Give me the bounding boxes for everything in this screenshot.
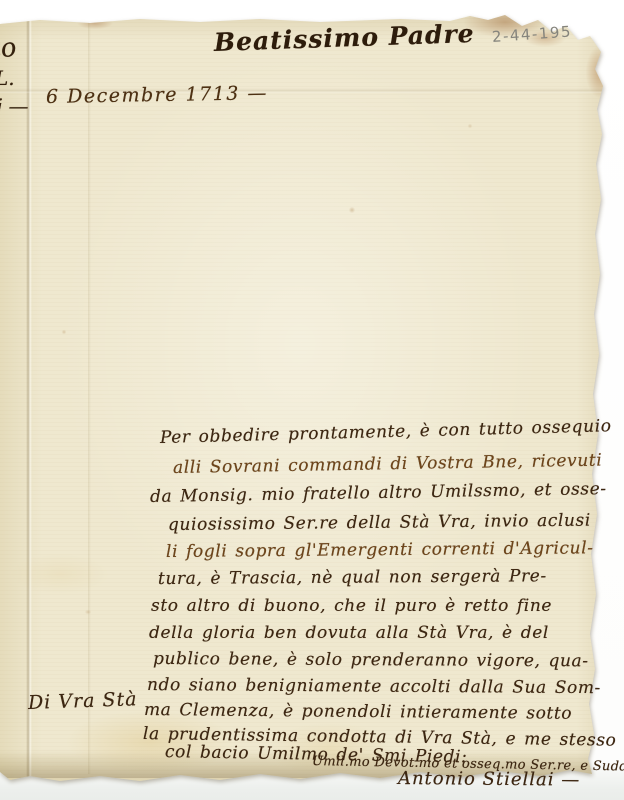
body-line: publico bene, è solo prenderanno vigore,… [153, 649, 589, 671]
manuscript-scan: ℓo L. j — 2-44-195 Beatissimo Padre 6 De… [0, 0, 624, 800]
letter-date: 6 Decembre 1713 — [46, 82, 268, 108]
fold-crease-vertical [26, 18, 32, 778]
body-line: sto altro di buono, che il puro è retto … [151, 596, 552, 616]
body-line: ma Clemenza, è ponendoli intieramente so… [144, 700, 572, 724]
body-line: tura, è Trascia, nè qual non sergerà Pre… [158, 566, 547, 589]
signature: Antonio Stiellai — [398, 768, 580, 791]
body-line: ndo siano benigniamente accolti dalla Su… [147, 675, 601, 698]
address-left: Di Vra Stà [28, 688, 138, 714]
body-line: della gloria ben dovuta alla Stà Vra, è … [149, 623, 549, 643]
edge-ink-fragment: L. [0, 66, 15, 90]
fold-crease-vertical-faint [88, 22, 91, 774]
edge-ink-fragment: j — [0, 94, 29, 118]
body-line: li fogli sopra gl'Emergenti correnti d'A… [166, 538, 594, 562]
